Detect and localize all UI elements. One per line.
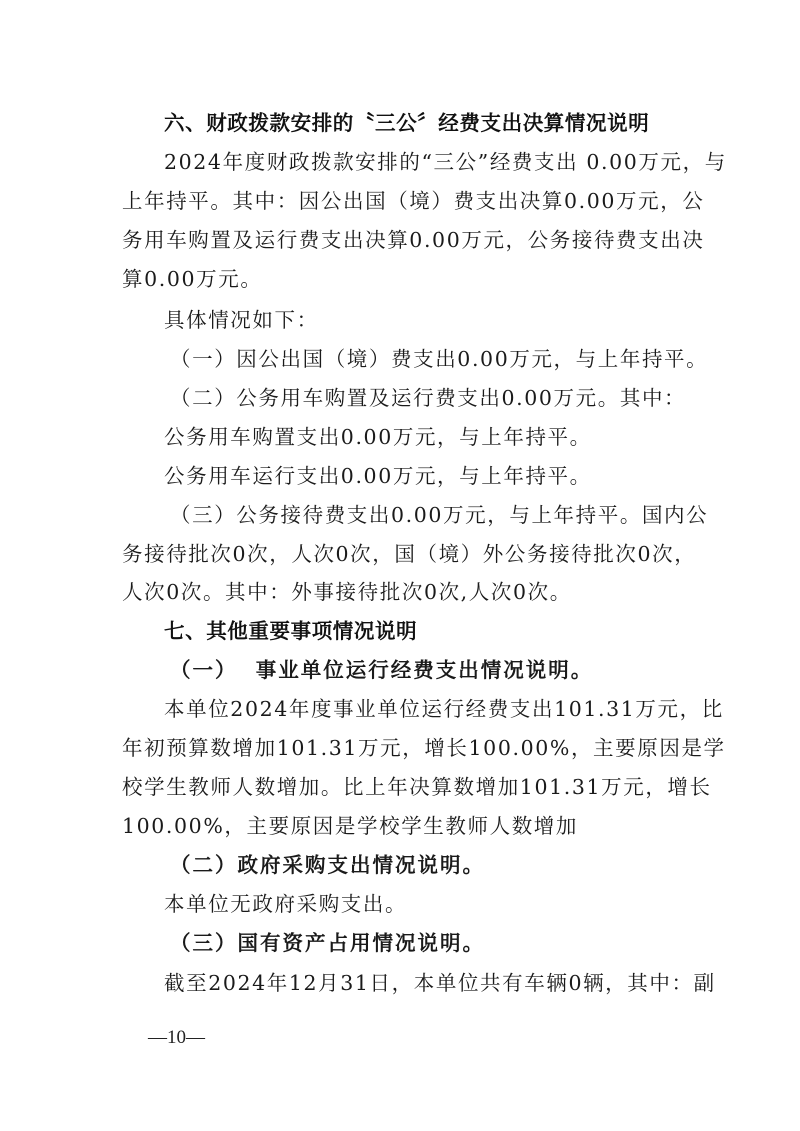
section-7-sub2-heading: （二）政府采购支出情况说明。: [170, 846, 730, 885]
section-6-paragraph-line: 务用车购置及运行费支出决算0.00万元，公务接待费支出决: [122, 221, 677, 260]
item-3-reception-line: 人次0次。其中：外事接待批次0次,人次0次。: [122, 573, 682, 612]
section-7-sub3-heading: （三）国有资产占用情况说明。: [170, 924, 730, 963]
section-7-sub1-line: 100.00%，主要原因是学校学生教师人数增加: [122, 807, 682, 846]
section-6-paragraph-line: 算0.00万元。: [122, 260, 682, 299]
section-6-paragraph-line: 上年持平。其中：因公出国（境）费支出决算0.00万元，公: [122, 182, 677, 221]
detail-intro: 具体情况如下：: [164, 301, 724, 340]
section-6-heading: 六、财政拨款安排的〝三公〞经费支出决算情况说明: [164, 104, 724, 143]
section-6-paragraph-line: 2024年度财政拨款安排的“三公”经费支出 0.00万元，与: [164, 143, 677, 182]
section-7-sub3-text: 截至2024年12月31日，本单位共有车辆0辆，其中：副: [164, 964, 677, 1003]
item-3-reception-line: 务接待批次0次，人次0次，国（境）外公务接待批次0次，: [122, 535, 677, 574]
item-1-travel-abroad: （一）因公出国（境）费支出0.00万元，与上年持平。: [170, 340, 730, 379]
section-7-sub2-text: 本单位无政府采购支出。: [164, 885, 724, 924]
section-7-heading: 七、其他重要事项情况说明: [164, 612, 724, 651]
section-7-sub1-heading: （一） 事业单位运行经费支出情况说明。: [170, 651, 730, 690]
item-2-vehicle-purchase: 公务用车购置支出0.00万元，与上年持平。: [164, 418, 724, 457]
section-7-sub1-line: 本单位2024年度事业单位运行经费支出101.31万元，比: [164, 690, 677, 729]
page-number: —10—: [148, 1025, 205, 1051]
document-page: 六、财政拨款安排的〝三公〞经费支出决算情况说明 2024年度财政拨款安排的“三公…: [0, 0, 800, 1131]
section-7-sub1-line: 年初预算数增加101.31万元，增长100.00%，主要原因是学: [122, 729, 677, 768]
item-2-vehicles: （二）公务用车购置及运行费支出0.00万元。其中：: [170, 379, 730, 418]
item-3-reception-line: （三）公务接待费支出0.00万元，与上年持平。国内公: [170, 496, 677, 535]
item-2-vehicle-operation: 公务用车运行支出0.00万元，与上年持平。: [164, 457, 724, 496]
section-7-sub1-line: 校学生教师人数增加。比上年决算数增加101.31万元，增长: [122, 768, 677, 807]
